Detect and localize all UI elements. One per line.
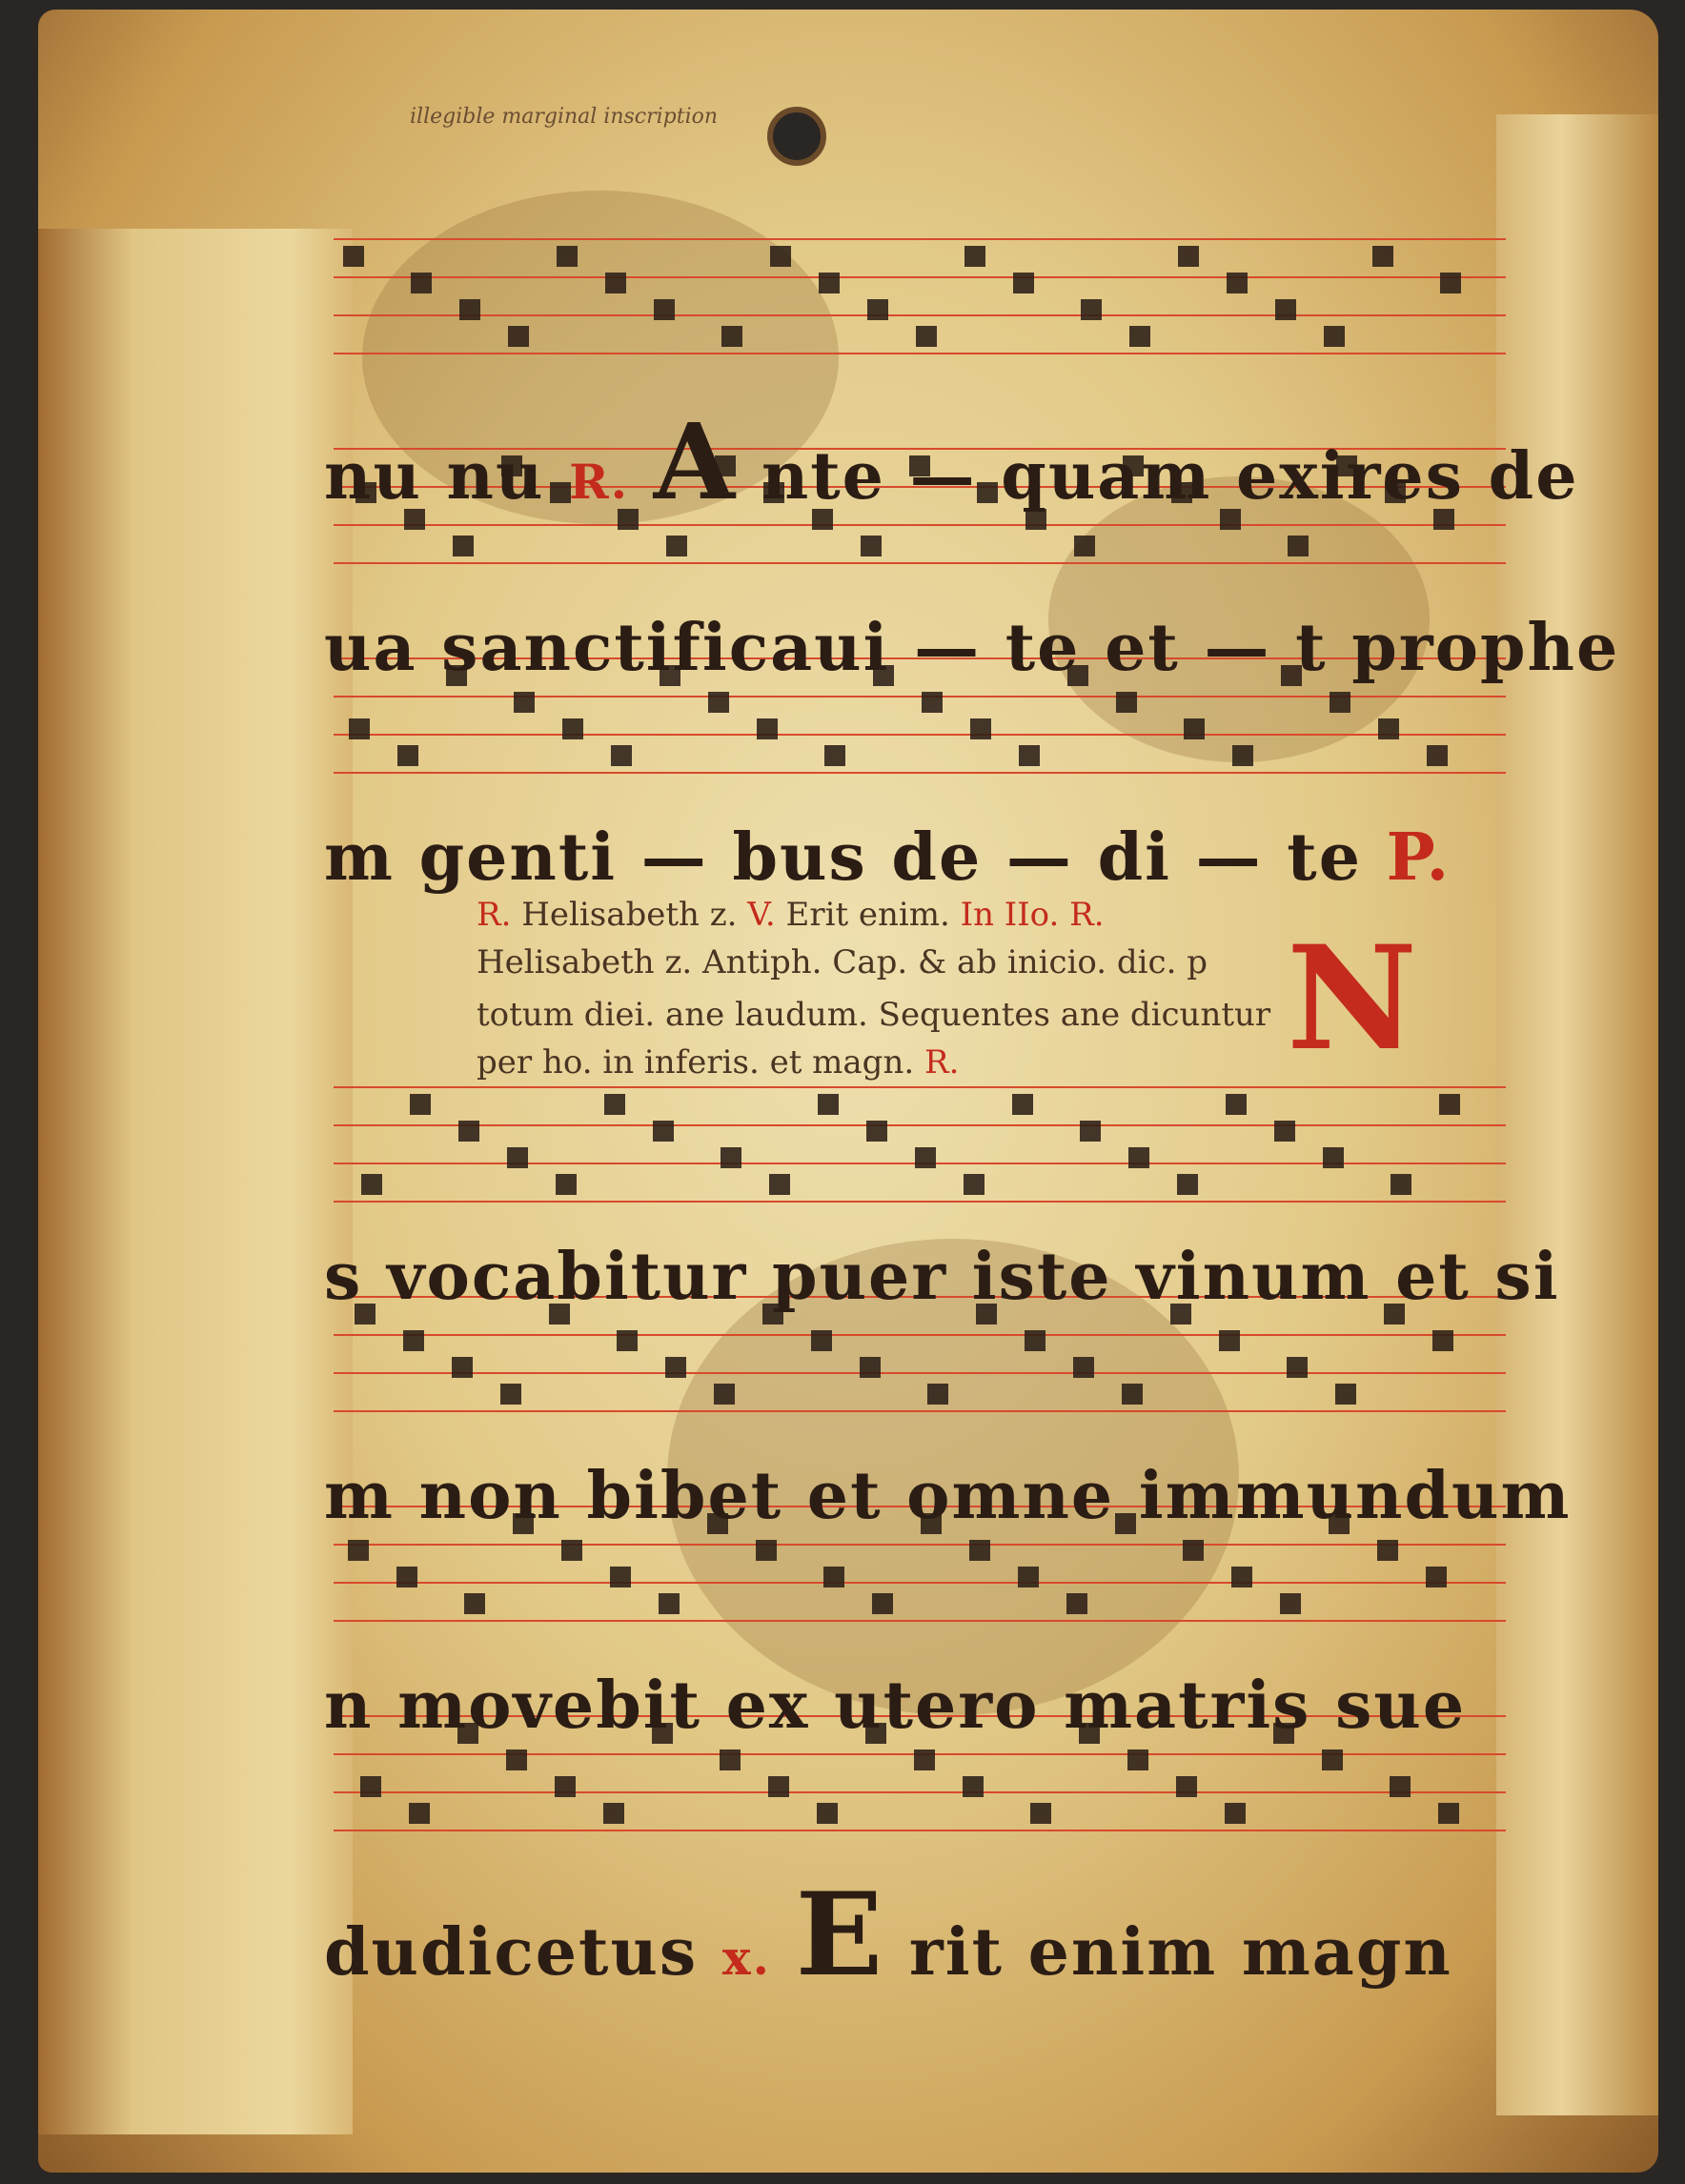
neume-icon: [403, 1330, 424, 1351]
neume-icon: [1127, 1749, 1148, 1770]
left-margin-fold: [38, 229, 353, 2134]
neume-icon: [459, 299, 480, 320]
neume-icon: [708, 692, 729, 713]
neume-icon: [964, 1174, 985, 1195]
top-note: illegible marginal inscription: [410, 105, 718, 129]
binding-hole: [767, 107, 826, 166]
neume-icon: [970, 718, 991, 739]
neume-icon: [1122, 1384, 1143, 1405]
neume-icon: [1081, 299, 1102, 320]
neume-icon: [964, 246, 985, 267]
neume-icon: [720, 1749, 741, 1770]
neume-icon: [561, 1540, 582, 1561]
neume-icon: [714, 1384, 735, 1405]
neume-icon: [1322, 1749, 1343, 1770]
neume-icon: [410, 1094, 431, 1115]
neume-icon: [1177, 1174, 1198, 1195]
neume-icon: [1080, 1121, 1101, 1142]
neume-icon: [811, 1330, 832, 1351]
neume-icon: [756, 1540, 777, 1561]
neume-icon: [1427, 745, 1448, 766]
neume-icon: [824, 745, 845, 766]
neume-icon: [562, 718, 583, 739]
neume-icon: [861, 536, 882, 556]
neume-icon: [1426, 1567, 1447, 1587]
neume-icon: [361, 1174, 382, 1195]
neume-icon: [1227, 273, 1248, 293]
neume-icon: [556, 1174, 577, 1195]
neume-icon: [721, 326, 742, 347]
staff-line: [334, 1791, 1506, 1793]
staff-line: [334, 276, 1506, 278]
neume-icon: [1378, 718, 1399, 739]
staff-line: [334, 353, 1506, 354]
neume-icon: [914, 1749, 935, 1770]
neume-icon: [1275, 299, 1296, 320]
neume-icon: [867, 299, 888, 320]
neume-icon: [1231, 1567, 1252, 1587]
neume-icon: [1323, 1147, 1344, 1168]
neume-icon: [1219, 1330, 1240, 1351]
neume-icon: [1439, 1094, 1460, 1115]
neume-icon: [610, 1567, 631, 1587]
neume-icon: [768, 1776, 789, 1797]
neume-icon: [653, 1121, 674, 1142]
neume-icon: [1335, 1384, 1356, 1405]
neume-icon: [508, 326, 529, 347]
neume-icon: [611, 745, 632, 766]
staff-line: [334, 1372, 1506, 1374]
neume-icon: [557, 246, 578, 267]
text-line-1: nu nu R. A nte — quam exires de: [324, 400, 1578, 523]
neume-icon: [409, 1803, 430, 1824]
neume-icon: [452, 1357, 473, 1378]
neume-icon: [453, 536, 474, 556]
staff-line: [334, 1830, 1506, 1831]
neume-icon: [1129, 326, 1150, 347]
neume-icon: [922, 692, 943, 713]
neume-icon: [1018, 1567, 1039, 1587]
neume-icon: [349, 718, 370, 739]
text-line-3: m genti — bus de — di — te P.: [324, 819, 1451, 896]
neume-icon: [348, 1540, 369, 1561]
neume-icon: [1184, 718, 1205, 739]
staff-line: [334, 524, 1506, 526]
neume-icon: [916, 326, 937, 347]
neume-icon: [1226, 1094, 1247, 1115]
neume-icon: [1232, 745, 1253, 766]
neume-icon: [1274, 1121, 1295, 1142]
neume-icon: [1287, 1357, 1308, 1378]
neume-icon: [1330, 692, 1350, 713]
neume-icon: [343, 246, 364, 267]
neume-icon: [514, 692, 535, 713]
text-line-2: ua sanctificaui — te et — t prophe: [324, 610, 1619, 686]
staff-line: [334, 1620, 1506, 1622]
neume-icon: [1066, 1593, 1087, 1614]
neume-icon: [969, 1540, 990, 1561]
text-line-4: s vocabitur puer iste vinum et si: [324, 1239, 1560, 1315]
neume-icon: [823, 1567, 844, 1587]
staff-line: [334, 772, 1506, 774]
neume-icon: [1178, 246, 1199, 267]
neume-icon: [915, 1147, 936, 1168]
neume-icon: [757, 718, 778, 739]
neume-icon: [654, 299, 675, 320]
neume-icon: [770, 246, 791, 267]
neume-icon: [1176, 1776, 1197, 1797]
neume-icon: [1183, 1540, 1204, 1561]
neume-icon: [963, 1776, 984, 1797]
neume-icon: [360, 1776, 381, 1797]
neume-icon: [1128, 1147, 1149, 1168]
neume-icon: [818, 1094, 839, 1115]
neume-icon: [397, 745, 418, 766]
neume-icon: [1013, 273, 1034, 293]
neume-icon: [396, 1567, 417, 1587]
text-line-7: dudicetus x. E rit enim magn: [324, 1868, 1452, 2002]
neume-icon: [819, 273, 840, 293]
neume-icon: [872, 1593, 893, 1614]
neume-icon: [721, 1147, 741, 1168]
neume-icon: [1377, 1540, 1398, 1561]
neume-icon: [1324, 326, 1345, 347]
neume-icon: [603, 1803, 624, 1824]
text-line-5: m non bibet et omne immundum: [324, 1458, 1571, 1534]
staff-line: [334, 1544, 1506, 1546]
neume-icon: [1073, 1357, 1094, 1378]
neume-icon: [1288, 536, 1309, 556]
neume-icon: [1030, 1803, 1051, 1824]
neume-icon: [817, 1803, 838, 1824]
neume-icon: [1074, 536, 1095, 556]
staff-line: [334, 314, 1506, 316]
text-line-6: n movebit ex utero matris sue: [324, 1668, 1466, 1744]
staff-line: [334, 1124, 1506, 1126]
neume-icon: [1280, 1593, 1301, 1614]
neume-icon: [507, 1147, 528, 1168]
neume-icon: [1025, 1330, 1046, 1351]
staff-line: [334, 734, 1506, 736]
staff-line: [334, 562, 1506, 564]
neume-icon: [464, 1593, 485, 1614]
neume-icon: [659, 1593, 680, 1614]
neume-icon: [604, 1094, 625, 1115]
staff-line: [334, 1086, 1506, 1088]
neume-icon: [1432, 1330, 1453, 1351]
neume-icon: [665, 1357, 686, 1378]
staff-line: [334, 1334, 1506, 1336]
neume-icon: [605, 273, 626, 293]
neume-icon: [411, 273, 432, 293]
neume-icon: [555, 1776, 576, 1797]
neume-icon: [1116, 692, 1137, 713]
large-red-initial: N: [1287, 915, 1417, 1082]
staff-line: [334, 1201, 1506, 1203]
neume-icon: [1012, 1094, 1033, 1115]
neume-icon: [866, 1121, 887, 1142]
neume-icon: [1440, 273, 1461, 293]
neume-icon: [769, 1174, 790, 1195]
neume-icon: [1225, 1803, 1246, 1824]
neume-icon: [1019, 745, 1040, 766]
neume-icon: [500, 1384, 521, 1405]
neume-icon: [927, 1384, 948, 1405]
neume-icon: [1438, 1803, 1459, 1824]
neume-icon: [666, 536, 687, 556]
neume-icon: [1372, 246, 1393, 267]
neume-icon: [617, 1330, 638, 1351]
staff-line: [334, 1410, 1506, 1412]
staff-line: [334, 1582, 1506, 1584]
neume-icon: [1391, 1174, 1411, 1195]
neume-icon: [458, 1121, 479, 1142]
neume-icon: [506, 1749, 527, 1770]
staff-line: [334, 238, 1506, 240]
neume-icon: [860, 1357, 881, 1378]
neume-icon: [1390, 1776, 1411, 1797]
